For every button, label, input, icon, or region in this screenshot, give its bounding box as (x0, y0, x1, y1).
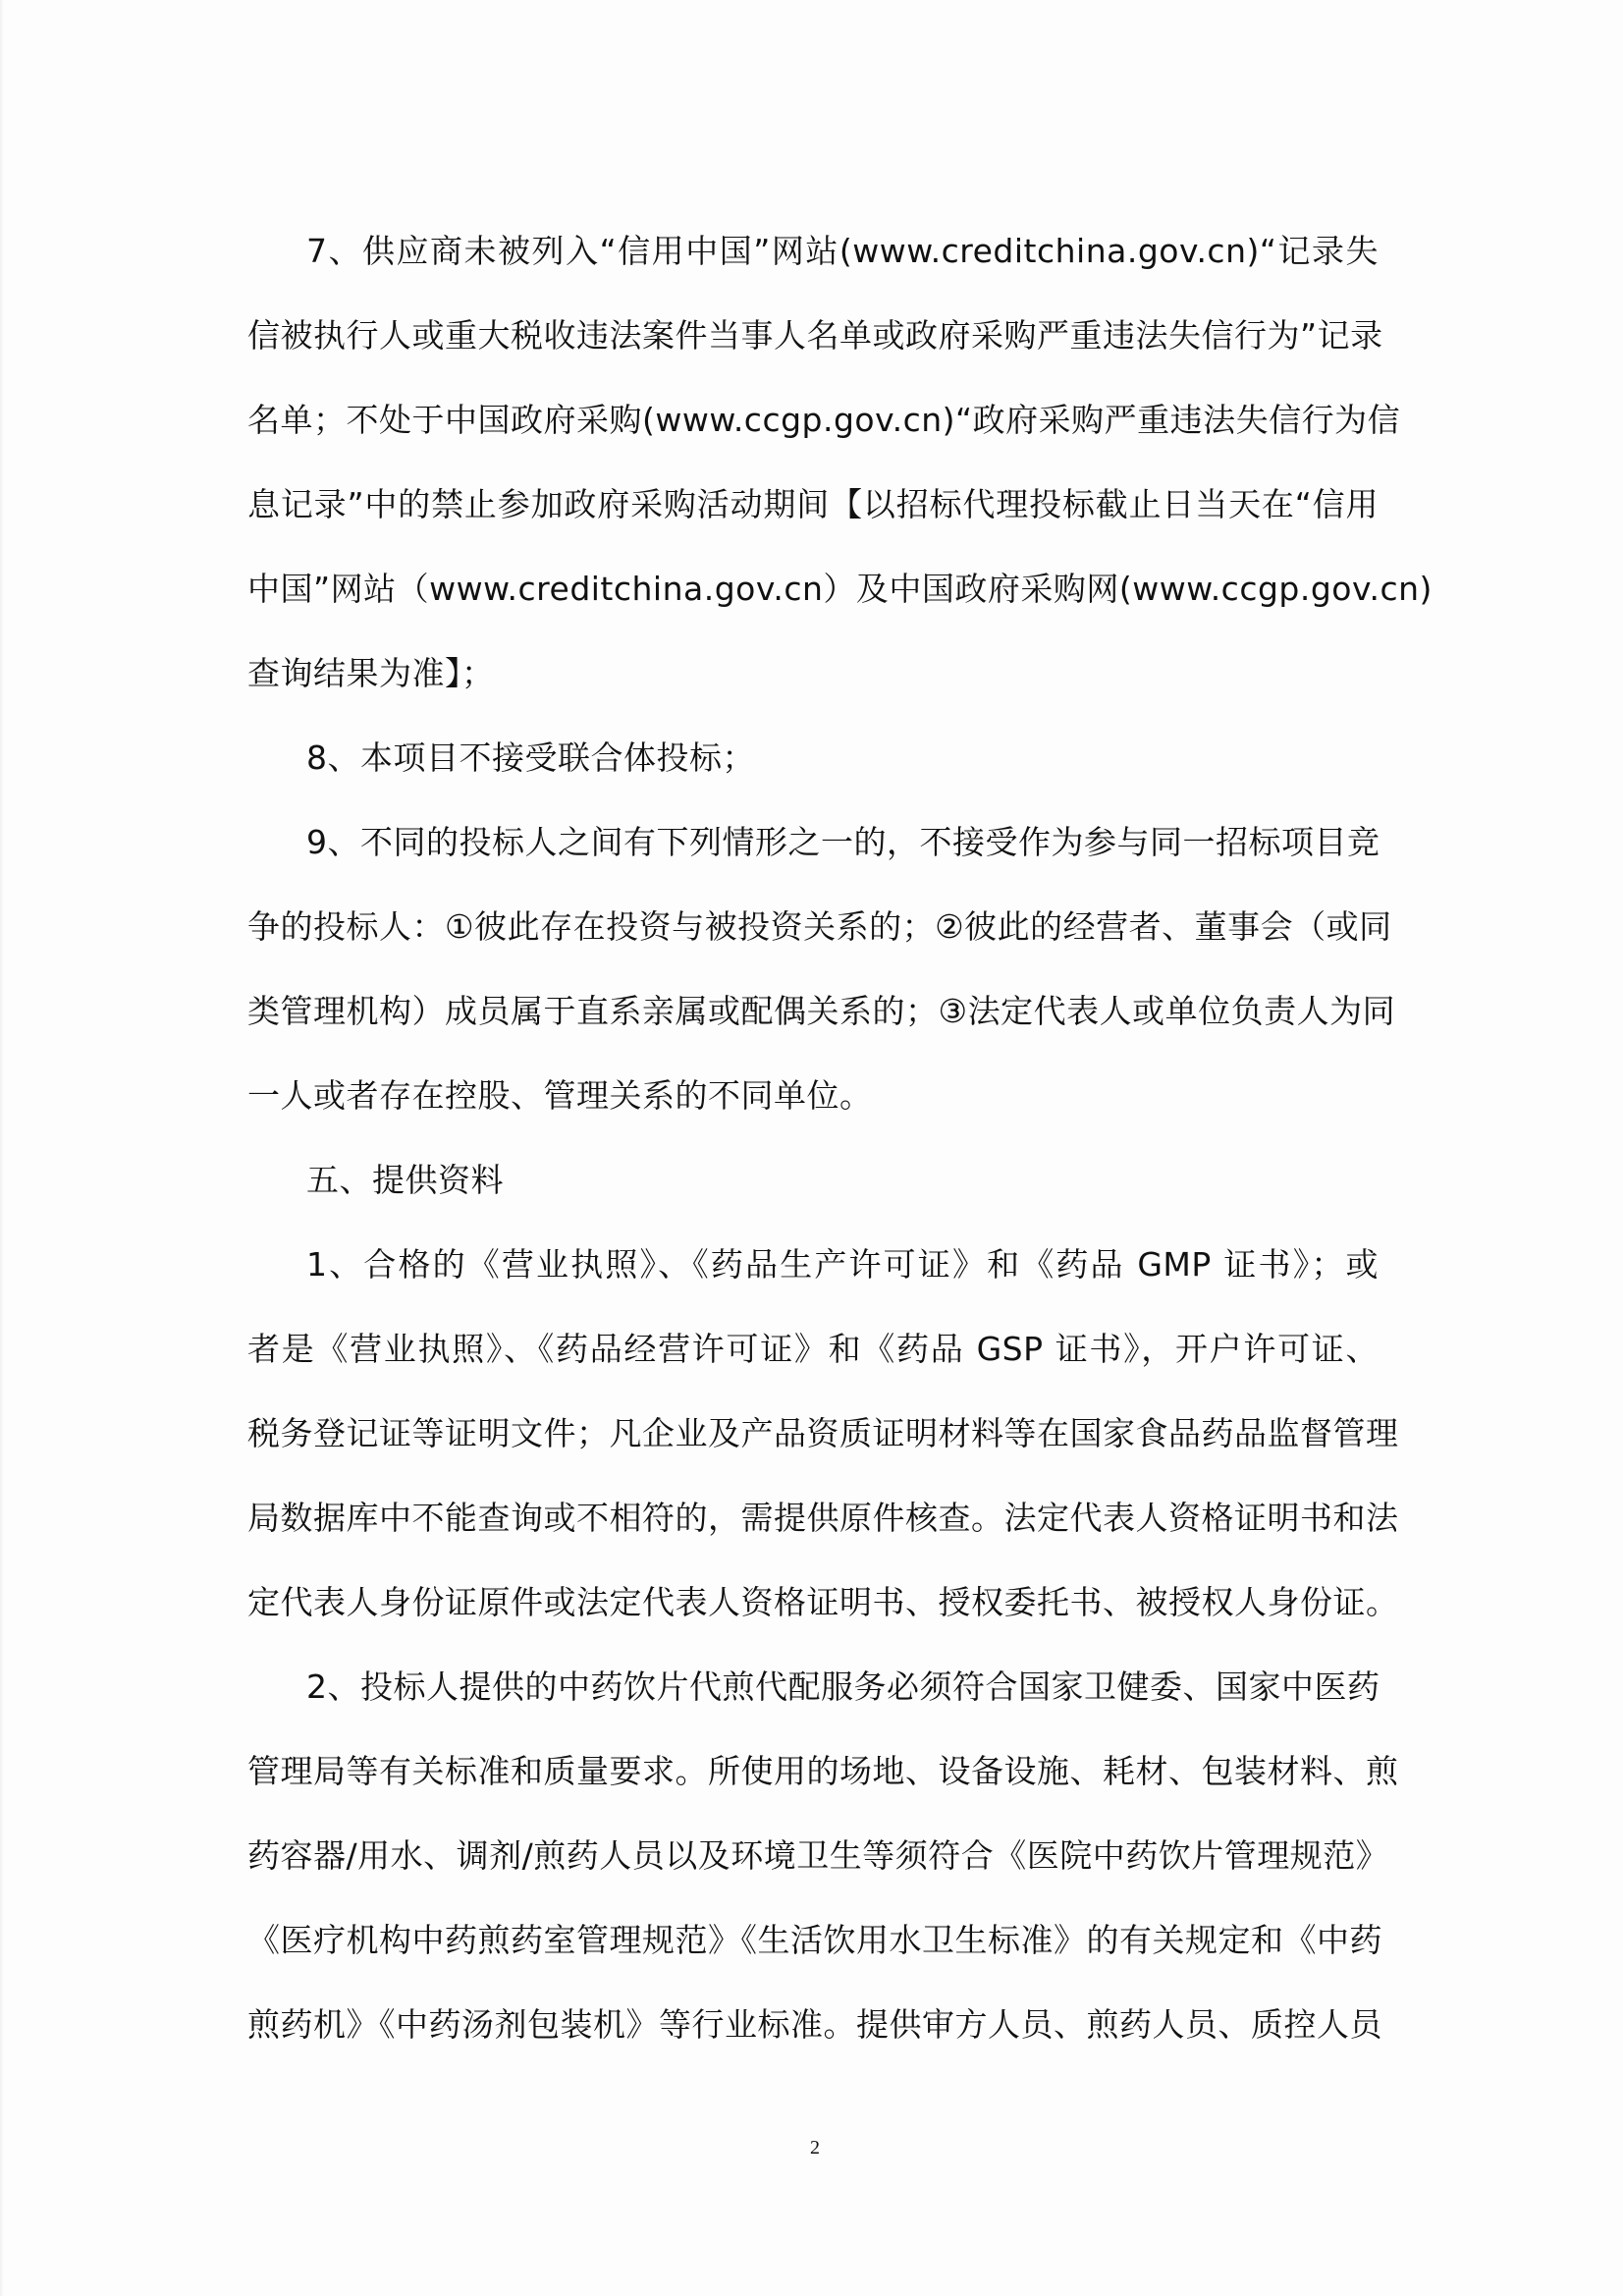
scan-edge-artifact (0, 0, 4, 2296)
item-1-line-4: 局数据库中不能查询或不相符的，需提供原件核查。法定代表人资格证明书和法 (247, 1497, 1379, 1540)
item-1-line-2: 者是《营业执照》、《药品经营许可证》和《药品 GSP 证书》，开户许可证、 (247, 1328, 1379, 1371)
paragraph-7-line-1: 7、供应商未被列入“信用中国”网站(www.creditchina.gov.cn… (306, 230, 1379, 273)
item-1-line-3: 税务登记证等证明文件；凡企业及产品资质证明材料等在国家食品药品监督管理 (247, 1412, 1379, 1455)
paragraph-7-line-2: 信被执行人或重大税收违法案件当事人名单或政府采购严重违法失信行为”记录 (247, 314, 1379, 357)
paragraph-8-line-1: 8、本项目不接受联合体投标； (306, 737, 1379, 780)
paragraph-7-line-3: 名单；不处于中国政府采购(www.ccgp.gov.cn)“政府采购严重违法失信… (247, 399, 1379, 442)
item-2-line-5: 煎药机》《中药汤剂包装机》等行业标准。提供审方人员、煎药人员、质控人员 (247, 2003, 1379, 2047)
document-page: 7、供应商未被列入“信用中国”网站(www.creditchina.gov.cn… (0, 0, 1623, 2296)
item-2-line-2: 管理局等有关标准和质量要求。所使用的场地、设备设施、耗材、包装材料、煎 (247, 1750, 1379, 1793)
page-number: 2 (803, 2133, 827, 2162)
section-heading-5: 五、提供资料 (306, 1159, 1379, 1202)
item-2-line-1: 2、投标人提供的中药饮片代煎代配服务必须符合国家卫健委、国家中医药 (306, 1666, 1379, 1709)
item-1-line-1: 1、合格的《营业执照》、《药品生产许可证》和《药品 GMP 证书》；或 (306, 1243, 1379, 1286)
paragraph-7-line-5: 中国”网站（www.creditchina.gov.cn）及中国政府采购网(ww… (247, 568, 1379, 611)
paragraph-7-line-6: 查询结果为准】； (247, 652, 1379, 695)
paragraph-7-line-4: 息记录”中的禁止参加政府采购活动期间【以招标代理投标截止日当天在“信用 (247, 483, 1379, 526)
paragraph-9-line-1: 9、不同的投标人之间有下列情形之一的，不接受作为参与同一招标项目竞 (306, 821, 1379, 864)
item-1-line-5: 定代表人身份证原件或法定代表人资格证明书、授权委托书、被授权人身份证。 (247, 1581, 1379, 1624)
paragraph-9-line-2: 争的投标人：①彼此存在投资与被投资关系的；②彼此的经营者、董事会（或同 (247, 905, 1379, 949)
paragraph-9-line-4: 一人或者存在控股、管理关系的不同单位。 (247, 1074, 1379, 1118)
paragraph-9-line-3: 类管理机构）成员属于直系亲属或配偶关系的；③法定代表人或单位负责人为同 (247, 990, 1379, 1033)
item-2-line-4: 《医疗机构中药煎药室管理规范》《生活饮用水卫生标准》的有关规定和《中药 (247, 1919, 1379, 1962)
item-2-line-3: 药容器/用水、调剂/煎药人员以及环境卫生等须符合《医院中药饮片管理规范》 (247, 1834, 1379, 1878)
